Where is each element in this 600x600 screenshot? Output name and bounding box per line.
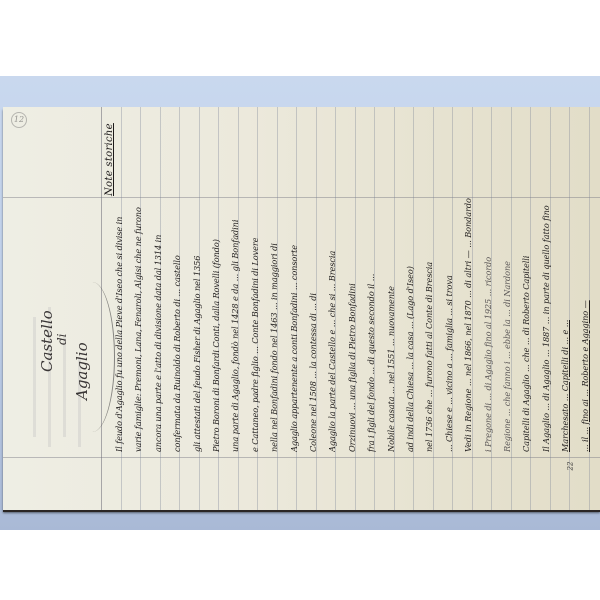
text-line: ad indi della Chiesa ... la casa ... (La… [405, 266, 415, 452]
text-line: Regione ... che fanno i ... ebbe la ... … [502, 261, 512, 452]
text-line: confermata da Ruinoldo di Roberto di ...… [172, 255, 182, 452]
text-line: Coleone nel 1508 ... la contessa di ... … [308, 293, 318, 452]
title-line-castello: Castello [38, 310, 56, 372]
text-line: varie famiglie: Premoni, Lana, Fenaroli,… [133, 207, 143, 452]
text-line: gli attestati del feudo Fisher di Agagli… [192, 256, 202, 452]
text-line: Il Agaglio ... di Agaglio ... 1887 ... i… [541, 205, 551, 452]
text-line: e Cattaneo, padre figlio ... Conte Bonfa… [250, 238, 260, 452]
title-line-di: di [55, 333, 69, 345]
text-line: Vedi in Regione ... nel 1866, nel 1870 .… [463, 198, 473, 452]
text-line: nella nel Bonfadini fondo nel 1463 ... i… [269, 243, 279, 452]
text-line: Il feudo d'Agaglio fu uno della Pieve d'… [114, 217, 124, 452]
text-line: i Pregone di ... di Agaglio fino al 1925… [483, 257, 493, 452]
text-line: Agaglio la parte del Castello e ... che … [327, 251, 337, 452]
title-line-agaglio: Agaglio [73, 342, 91, 400]
text-line: Nobile casata ... nel 1551 ... nuovament… [386, 286, 396, 452]
section-header: Note storiche [104, 123, 115, 196]
text-line: ancora una parte e l'atto di divisione d… [153, 235, 163, 452]
text-line: Pietro Boroni di Bonfardi Conti, dalla R… [211, 239, 221, 452]
text-line: una parte di Agaglio, fondò nel 1428 e d… [230, 220, 240, 452]
margin-note: 22 [566, 462, 574, 471]
text-line: fra i figli del fondo ... di questo seco… [366, 274, 376, 452]
bleed-through-ink [33, 317, 36, 437]
text-line: Orzinuovi ... una figlia di Pietro Bonfa… [347, 283, 357, 452]
page-number-stamp: 12 [11, 112, 27, 128]
text-line: ... il ... fino ai ... Roberto e Agagino… [580, 300, 590, 452]
text-line: ... Chiese e ... vicino a ... famiglia .… [444, 275, 454, 452]
text-line: Marchesato ... Capitelli di ... e ... [560, 320, 570, 452]
bleed-through-ink [63, 337, 66, 437]
text-line: Capitelli di Agaglio ... che ... di Robe… [521, 256, 531, 452]
text-line: nel 1736 che ... furono fatti al Conte d… [424, 262, 434, 452]
text-line: Agaglio appartenente a conti Bonfadini .… [289, 245, 299, 452]
